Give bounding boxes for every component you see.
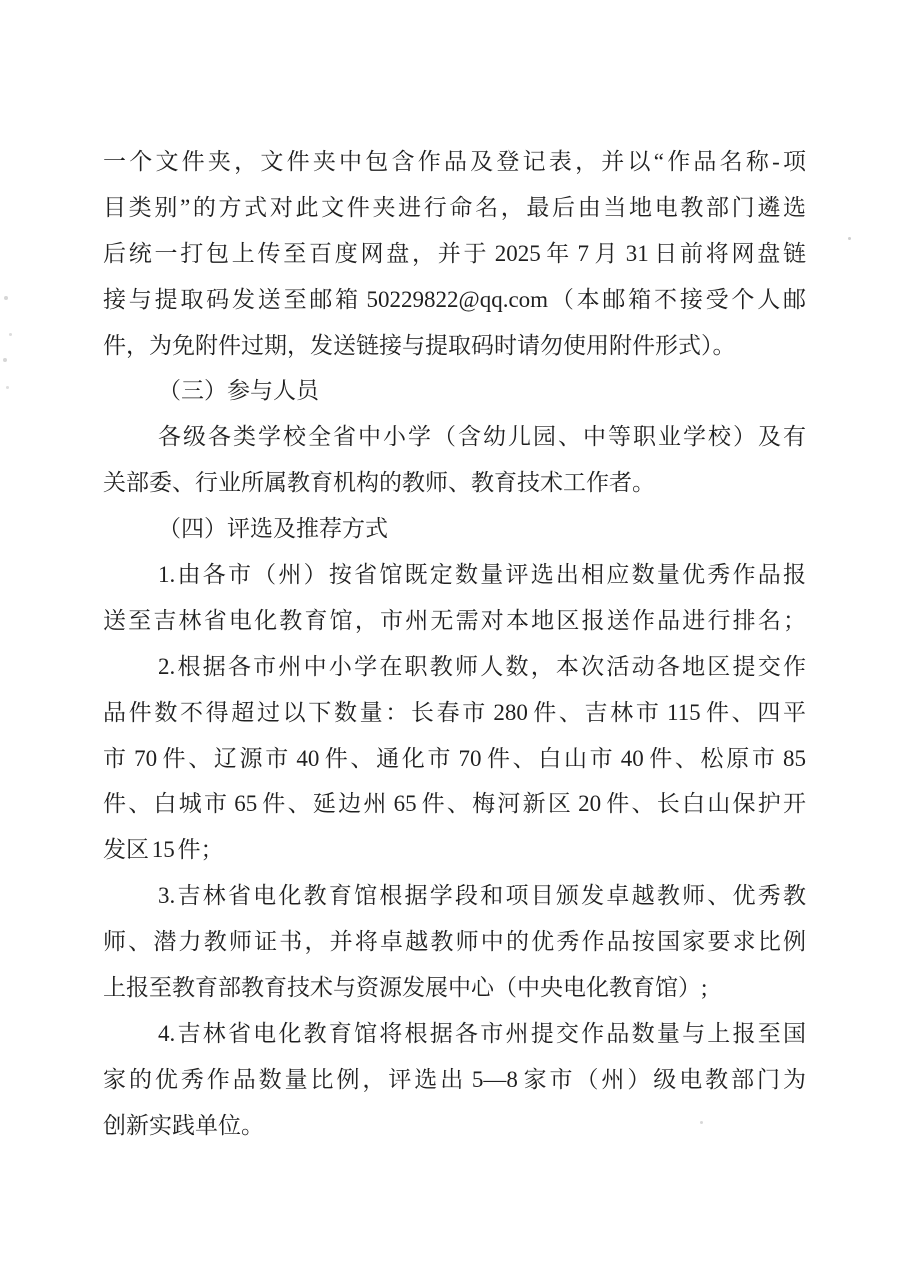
text-line: 上报至教育部教育技术与资源发展中心（中央电化教育馆）; <box>103 965 806 1011</box>
scan-speck <box>3 358 7 362</box>
text-line: 后统一打包上传至百度网盘，并于 2025 年 7 月 31 日前将网盘链 <box>103 231 806 277</box>
text-line: 家的优秀作品数量比例，评选出 5—8 家市（州）级电教部门为 <box>103 1057 806 1103</box>
text-line: （四）评选及推荐方式 <box>103 506 806 552</box>
text-line: 关部委、行业所属教育机构的教师、教育技术工作者。 <box>103 460 806 506</box>
document-page: 一个文件夹，文件夹中包含作品及登记表，并以“作品名称-项目类别”的方式对此文件夹… <box>0 0 900 1288</box>
scan-speck <box>9 333 12 336</box>
text-line: 品件数不得超过以下数量：长春市 280 件、吉林市 115 件、四平 <box>103 690 806 736</box>
scan-speck <box>848 237 851 240</box>
text-line: 师、潜力教师证书，并将卓越教师中的优秀作品按国家要求比例 <box>103 919 806 965</box>
text-line: （三）参与人员 <box>103 368 806 414</box>
text-line: 目类别”的方式对此文件夹进行命名，最后由当地电教部门遴选 <box>103 185 806 231</box>
document-text-block: 一个文件夹，文件夹中包含作品及登记表，并以“作品名称-项目类别”的方式对此文件夹… <box>103 139 806 1149</box>
scan-speck <box>6 386 9 389</box>
text-line: 送至吉林省电化教育馆，市州无需对本地区报送作品进行排名； <box>103 598 806 644</box>
text-line: 发区 15 件； <box>103 827 806 873</box>
text-line: 件、白城市 65 件、延边州 65 件、梅河新区 20 件、长白山保护开 <box>103 781 806 827</box>
text-line: 3.吉林省电化教育馆根据学段和项目颁发卓越教师、优秀教 <box>103 873 806 919</box>
text-line: 2.根据各市州中小学在职教师人数，本次活动各地区提交作 <box>103 644 806 690</box>
text-line: 4.吉林省电化教育馆将根据各市州提交作品数量与上报至国 <box>103 1011 806 1057</box>
text-line: 市 70 件、辽源市 40 件、通化市 70 件、白山市 40 件、松原市 85 <box>103 736 806 782</box>
text-line: 一个文件夹，文件夹中包含作品及登记表，并以“作品名称-项 <box>103 139 806 185</box>
text-line: 1.由各市（州）按省馆既定数量评选出相应数量优秀作品报 <box>103 552 806 598</box>
text-line: 件，为免附件过期，发送链接与提取码时请勿使用附件形式）。 <box>103 323 806 369</box>
text-line: 创新实践单位。 <box>103 1103 806 1149</box>
text-line: 各级各类学校全省中小学（含幼儿园、中等职业学校）及有 <box>103 414 806 460</box>
text-line: 接与提取码发送至邮箱 50229822@qq.com（本邮箱不接受个人邮 <box>103 277 806 323</box>
scan-speck <box>4 296 8 300</box>
